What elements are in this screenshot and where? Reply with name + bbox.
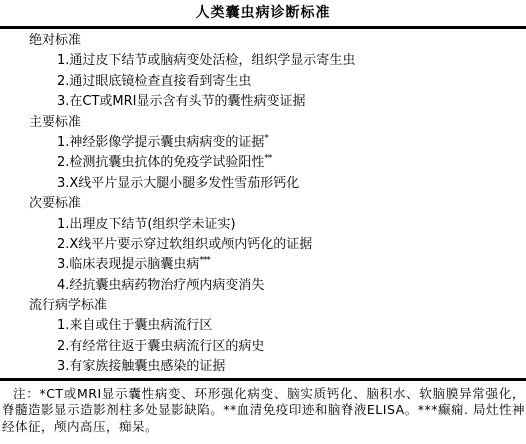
criteria-item-text: 1.神经影像学提示囊虫病病变的证据: [57, 135, 264, 150]
criteria-item-text: 3.有家族接触囊虫感染的证据: [57, 359, 225, 374]
criteria-item-text: 1.来自或住于囊虫病流行区: [57, 318, 212, 333]
criteria-item-text: 4.经抗囊虫病药物治疗颅内病变消失: [57, 278, 264, 293]
criteria-item: 2.有经常往返于囊虫病流行区的病史: [0, 337, 526, 357]
criteria-item: 2.检测抗囊虫抗体的免疫学试验阳性**: [0, 153, 526, 173]
criteria-item-text: 1.通过皮下结节或脑病变处活检，组织学显示寄生虫: [57, 53, 355, 68]
criteria-item: 1.神经影像学提示囊虫病病变的证据*: [0, 133, 526, 153]
criteria-list: 绝对标准1.通过皮下结节或脑病变处活检，组织学显示寄生虫2.通过眼底镜检查直接看…: [0, 29, 526, 378]
criteria-item-text: 2.通过眼底镜检查直接看到寄生虫: [57, 74, 251, 89]
document-page: 人类囊虫病诊断标准 绝对标准1.通过皮下结节或脑病变处活检，组织学显示寄生虫2.…: [0, 0, 526, 444]
criteria-section-header: 流行病学标准: [0, 296, 526, 316]
criteria-item: 3.在CT或MRI显示含有头节的囊性病变证据: [0, 92, 526, 112]
criteria-item-text: 3.在CT或MRI显示含有头节的囊性病变证据: [57, 94, 306, 109]
criteria-item: 1.通过皮下结节或脑病变处活检，组织学显示寄生虫: [0, 51, 526, 71]
criteria-item: 3.有家族接触囊虫感染的证据: [0, 357, 526, 377]
item-superscript: ***: [199, 256, 210, 266]
page-title: 人类囊虫病诊断标准: [0, 0, 526, 23]
criteria-item: 4.经抗囊虫病药物治疗颅内病变消失: [0, 276, 526, 296]
criteria-item: 2.X线平片要示穿过软组织或颅内钙化的证据: [0, 235, 526, 255]
criteria-item-text: 3.X线平片显示大腿小腿多发性雪茄形钙化: [57, 176, 299, 191]
criteria-item: 3.X线平片显示大腿小腿多发性雪茄形钙化: [0, 174, 526, 194]
criteria-item: 1.来自或住于囊虫病流行区: [0, 316, 526, 336]
item-superscript: *: [264, 134, 268, 144]
item-superscript: **: [264, 154, 271, 164]
criteria-item-text: 1.出理皮下结节(组织学未证实): [57, 217, 236, 232]
criteria-section-header: 次要标准: [0, 194, 526, 214]
criteria-item: 3.临床表现提示脑囊虫病***: [0, 255, 526, 275]
criteria-item: 1.出理皮下结节(组织学未证实): [0, 215, 526, 235]
criteria-item-text: 2.X线平片要示穿过软组织或颅内钙化的证据: [57, 237, 312, 252]
footnote-text: 注：*CT或MRI显示囊性病变、环形强化病变、脑实质钙化、脑积水、软脑膜异常强化…: [0, 381, 526, 436]
criteria-item: 2.通过眼底镜检查直接看到寄生虫: [0, 72, 526, 92]
criteria-section-header: 主要标准: [0, 113, 526, 133]
criteria-item-text: 3.临床表现提示脑囊虫病: [57, 257, 199, 272]
criteria-item-text: 2.有经常往返于囊虫病流行区的病史: [57, 339, 264, 354]
criteria-item-text: 2.检测抗囊虫抗体的免疫学试验阳性: [57, 155, 264, 170]
criteria-section-header: 绝对标准: [0, 31, 526, 51]
